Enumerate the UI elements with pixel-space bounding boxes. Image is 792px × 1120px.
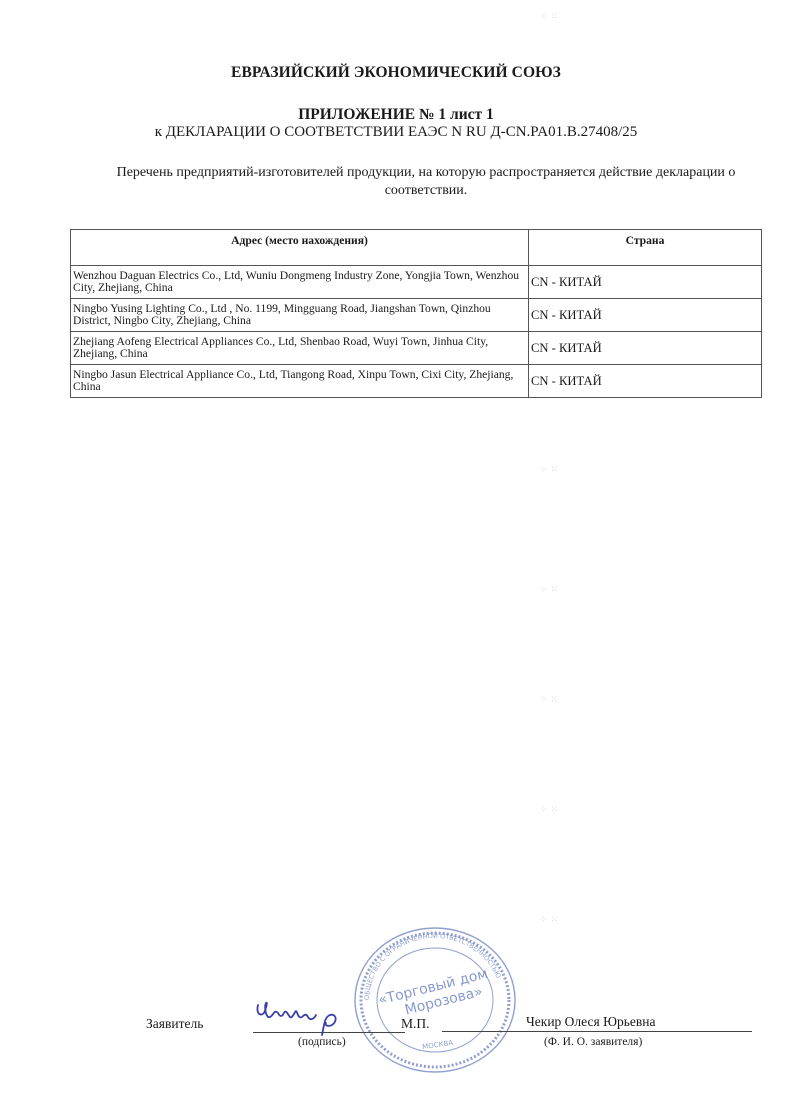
- scan-noise: ⁘ ⁙: [540, 915, 558, 925]
- scan-noise: ⁘ ⁙: [540, 465, 558, 475]
- scan-noise: ⁘ ⁙: [540, 805, 558, 815]
- scan-noise: ⁘ ⁙: [540, 695, 558, 705]
- svg-text:МОСКВА: МОСКВА: [422, 1039, 454, 1051]
- name-line: [442, 1031, 752, 1032]
- address-cell: Ningbo Jasun Electrical Appliance Co., L…: [71, 365, 529, 398]
- union-title: ЕВРАЗИЙСКИЙ ЭКОНОМИЧЕСКИЙ СОЮЗ: [0, 64, 792, 82]
- address-cell: Zhejiang Aofeng Electrical Appliances Co…: [71, 332, 529, 365]
- country-cell: CN - КИТАЙ: [529, 332, 762, 365]
- country-cell: CN - КИТАЙ: [529, 299, 762, 332]
- applicant-label: Заявитель: [146, 1016, 203, 1032]
- intro-paragraph: Перечень предприятий-изготовителей проду…: [90, 164, 762, 200]
- seal-placeholder-label: М.П.: [401, 1016, 430, 1032]
- handwritten-signature-icon: [252, 995, 352, 1040]
- country-cell: CN - КИТАЙ: [529, 266, 762, 299]
- name-caption: (Ф. И. О. заявителя): [544, 1036, 642, 1048]
- header-country: Страна: [529, 230, 762, 266]
- appendix-title: ПРИЛОЖЕНИЕ № 1 лист 1: [0, 106, 792, 124]
- scan-noise: ⁘ ⁙: [540, 585, 558, 595]
- applicant-name: Чекир Олеся Юрьевна: [526, 1014, 655, 1030]
- table-row: Ningbo Yusing Lighting Co., Ltd , No. 11…: [71, 299, 762, 332]
- company-stamp-icon: ОБЩЕСТВО С ОГРАНИЧЕННОЙ ОТВЕТСТВЕННОСТЬЮ…: [350, 925, 520, 1075]
- table-row: Zhejiang Aofeng Electrical Appliances Co…: [71, 332, 762, 365]
- manufacturers-table: Адрес (место нахождения) Страна Wenzhou …: [70, 229, 762, 398]
- address-cell: Ningbo Yusing Lighting Co., Ltd , No. 11…: [71, 299, 529, 332]
- table-row: Ningbo Jasun Electrical Appliance Co., L…: [71, 365, 762, 398]
- scan-noise: ⁘ ⁙: [540, 12, 558, 22]
- table-header-row: Адрес (место нахождения) Страна: [71, 230, 762, 266]
- country-cell: CN - КИТАЙ: [529, 365, 762, 398]
- address-cell: Wenzhou Daguan Electrics Co., Ltd, Wuniu…: [71, 266, 529, 299]
- declaration-reference: к ДЕКЛАРАЦИИ О СООТВЕТСТВИИ ЕАЭС N RU Д-…: [0, 124, 792, 141]
- header-address: Адрес (место нахождения): [71, 230, 529, 266]
- table-row: Wenzhou Daguan Electrics Co., Ltd, Wuniu…: [71, 266, 762, 299]
